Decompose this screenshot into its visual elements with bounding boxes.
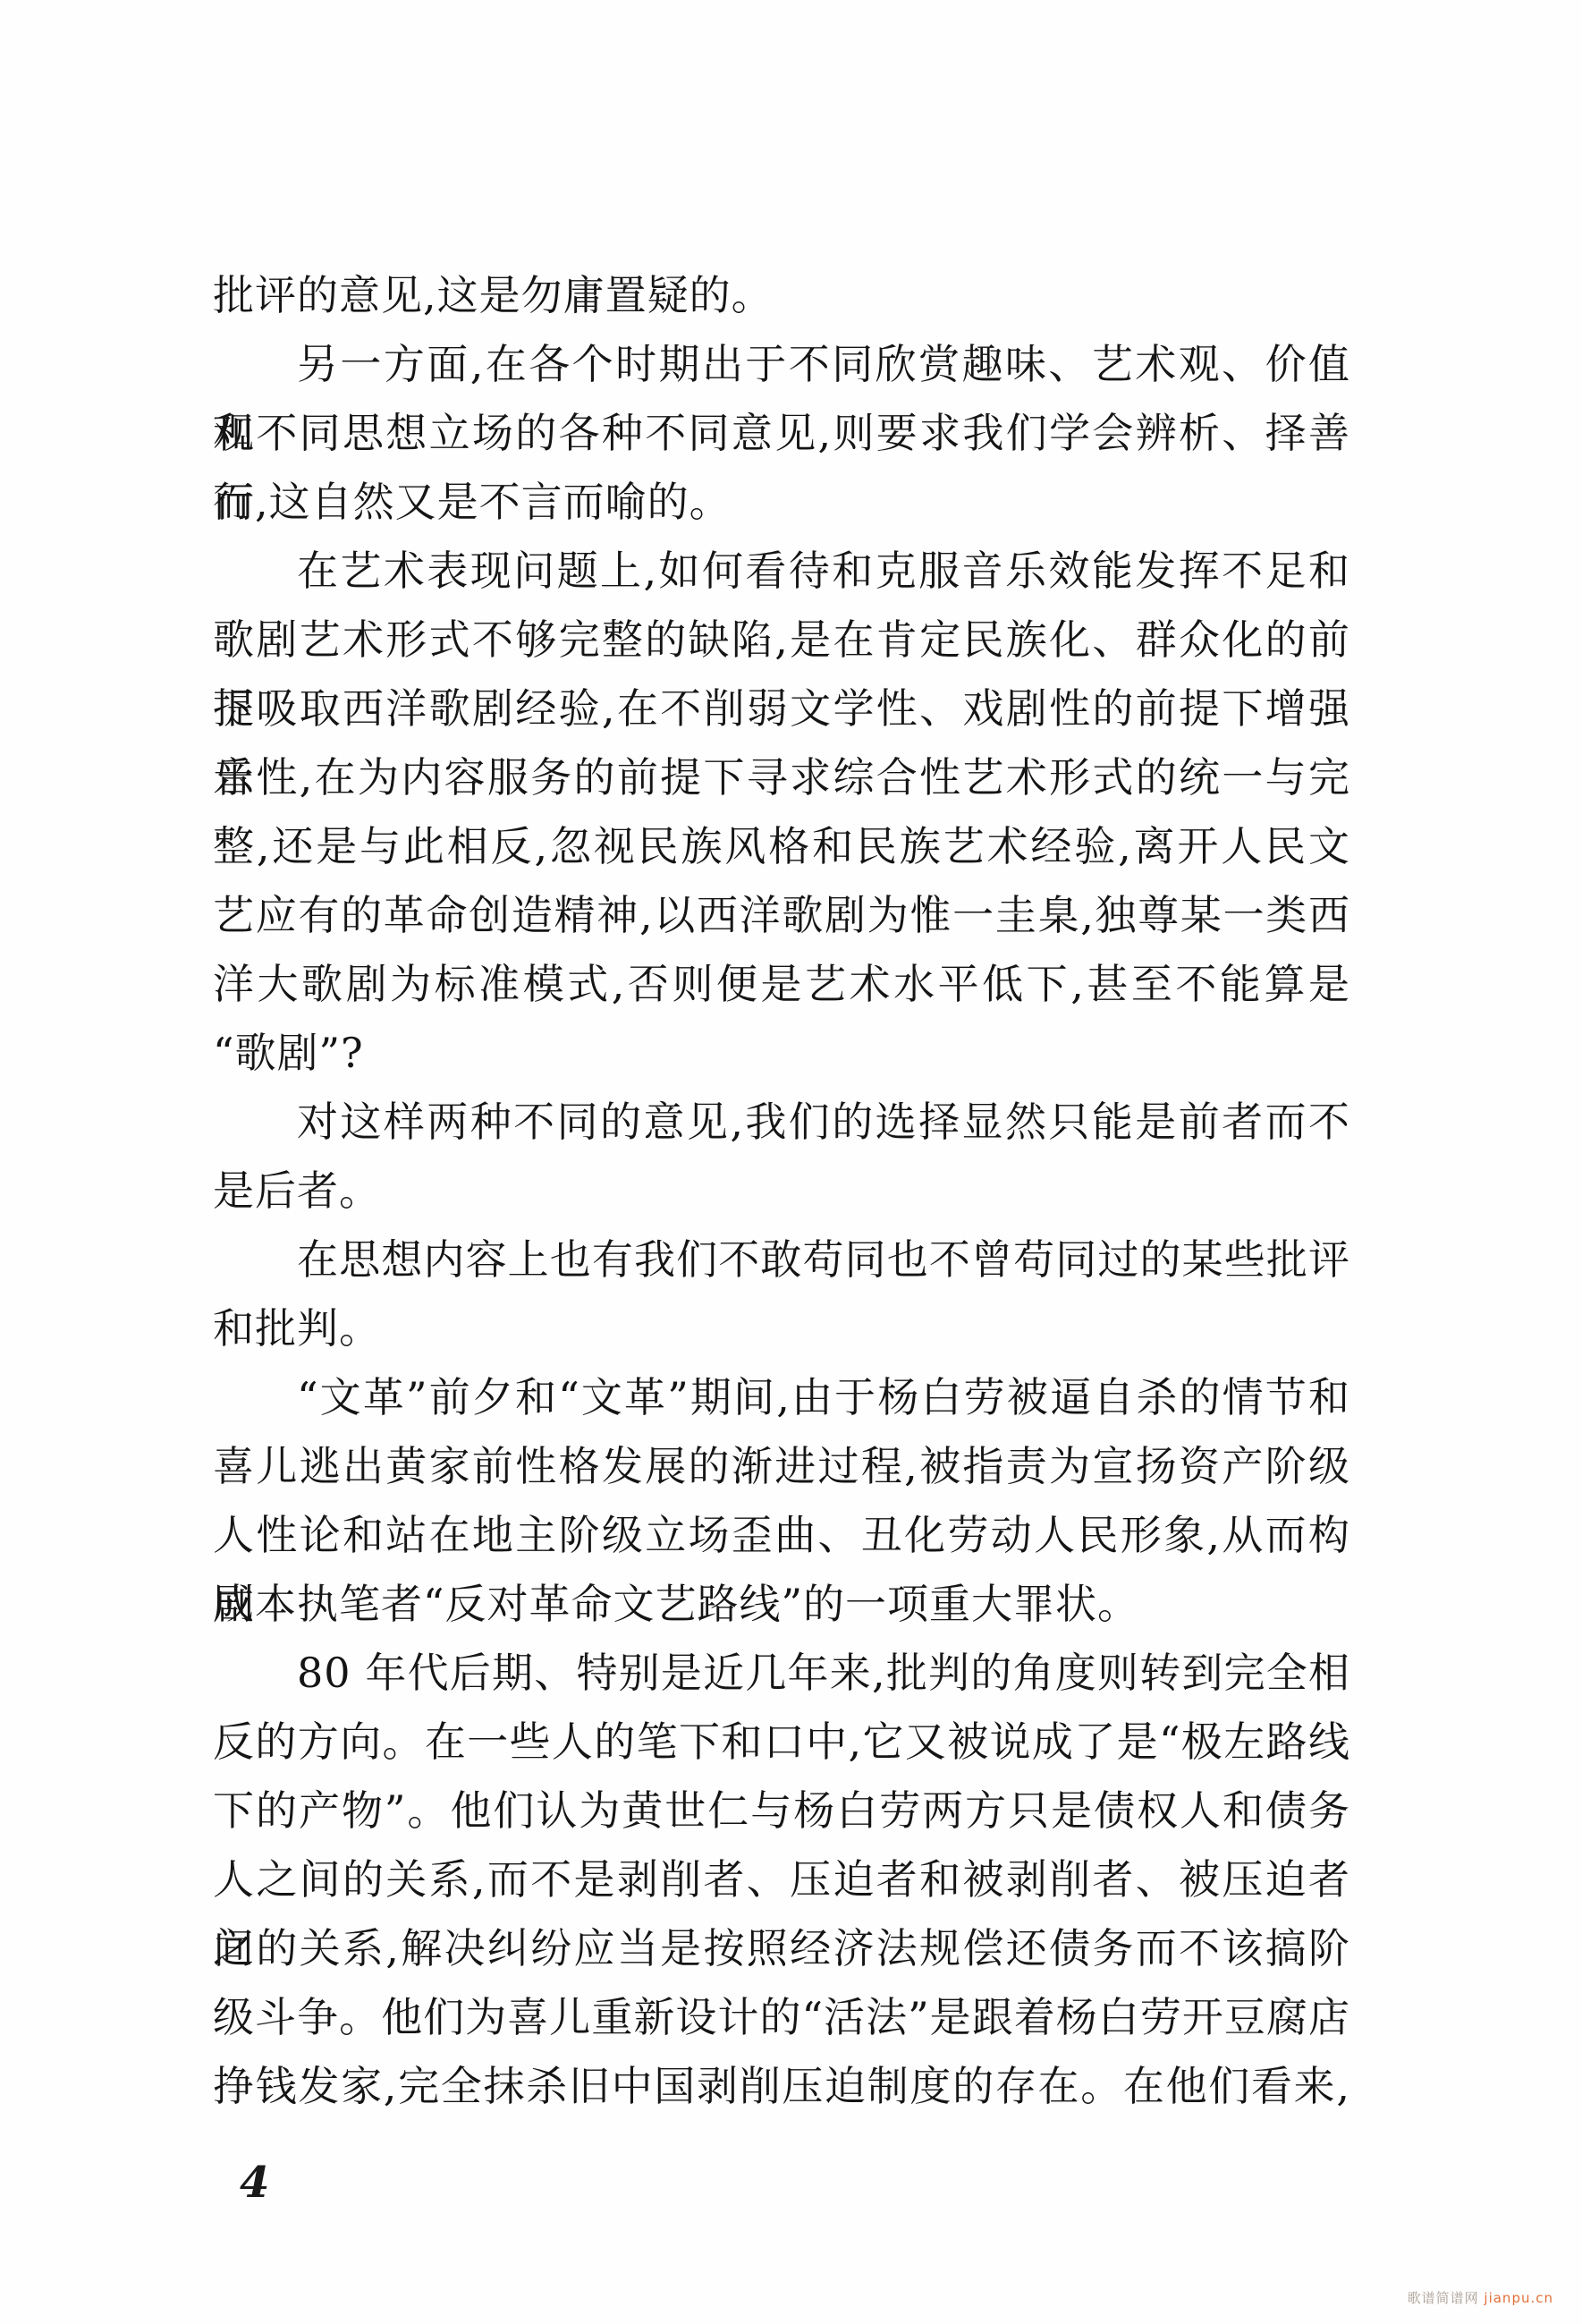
scanned-book-page: { "doc": { "lines": [ "批评的意见,这是勿庸置疑的。", … (0, 0, 1582, 2324)
text-line: 歌剧艺术形式不够完整的缺陷,是在肯定民族化、群众化的前提 (213, 606, 1350, 674)
page-number: 4 (240, 2158, 269, 2208)
text-line: 艺应有的革命创造精神,以西洋歌剧为惟一圭臬,独尊某一类西 (213, 881, 1350, 950)
text-line: 剧本执笔者“反对革命文艺路线”的一项重大罪状。 (213, 1570, 1350, 1639)
text-line: 人之间的关系,而不是剥削者、压迫者和被剥削者、被压迫者之 (213, 1845, 1350, 1914)
text-line: 整,还是与此相反,忽视民族风格和民族艺术经验,离开人民文 (213, 812, 1350, 881)
text-line: “文革”前夕和“文革”期间,由于杨白劳被逼自杀的情节和 (213, 1363, 1350, 1432)
text-line: 下吸取西洋歌剧经验,在不削弱文学性、戏剧性的前提下增强音 (213, 674, 1350, 743)
text-line: 挣钱发家,完全抹杀旧中国剥削压迫制度的存在。在他们看来, (213, 2052, 1350, 2121)
text-line: 对这样两种不同的意见,我们的选择显然只能是前者而不 (213, 1088, 1350, 1157)
text-line: 乐性,在为内容服务的前提下寻求综合性艺术形式的统一与完 (213, 743, 1350, 812)
text-line: 级斗争。他们为喜儿重新设计的“活法”是跟着杨白劳开豆腐店 (213, 1983, 1350, 2052)
text-line: 行,这自然又是不言而喻的。 (213, 468, 1350, 537)
watermark-site-url: jianpu.cn (1484, 2290, 1553, 2306)
text-line: 喜儿逃出黄家前性格发展的渐进过程,被指责为宣扬资产阶级 (213, 1432, 1350, 1501)
text-line: 另一方面,在各个时期出于不同欣赏趣味、艺术观、价值观 (213, 330, 1350, 399)
text-line: “歌剧”? (213, 1019, 1350, 1088)
text-column: 批评的意见,这是勿庸置疑的。 另一方面,在各个时期出于不同欣赏趣味、艺术观、价值… (213, 261, 1350, 2121)
text-line: 人性论和站在地主阶级立场歪曲、丑化劳动人民形象,从而构成 (213, 1501, 1350, 1570)
text-line: 80 年代后期、特别是近几年来,批判的角度则转到完全相 (213, 1639, 1350, 1708)
text-line: 在艺术表现问题上,如何看待和克服音乐效能发挥不足和 (213, 537, 1350, 606)
text-line: 下的产物”。他们认为黄世仁与杨白劳两方只是债权人和债务 (213, 1777, 1350, 1845)
text-line: 在思想内容上也有我们不敢苟同也不曾苟同过的某些批评 (213, 1226, 1350, 1294)
text-line: 是后者。 (213, 1157, 1350, 1226)
watermark: 歌谱简谱网 jianpu.cn (1408, 2288, 1553, 2307)
text-line: 和批判。 (213, 1294, 1350, 1363)
text-line: 批评的意见,这是勿庸置疑的。 (213, 261, 1350, 330)
text-line: 和不同思想立场的各种不同意见,则要求我们学会辨析、择善而 (213, 399, 1350, 468)
text-line: 反的方向。在一些人的笔下和口中,它又被说成了是“极左路线 (213, 1708, 1350, 1777)
text-line: 洋大歌剧为标准模式,否则便是艺术水平低下,甚至不能算是 (213, 950, 1350, 1019)
text-line: 间的关系,解决纠纷应当是按照经济法规偿还债务而不该搞阶 (213, 1914, 1350, 1983)
watermark-site-name: 歌谱简谱网 (1408, 2290, 1479, 2306)
